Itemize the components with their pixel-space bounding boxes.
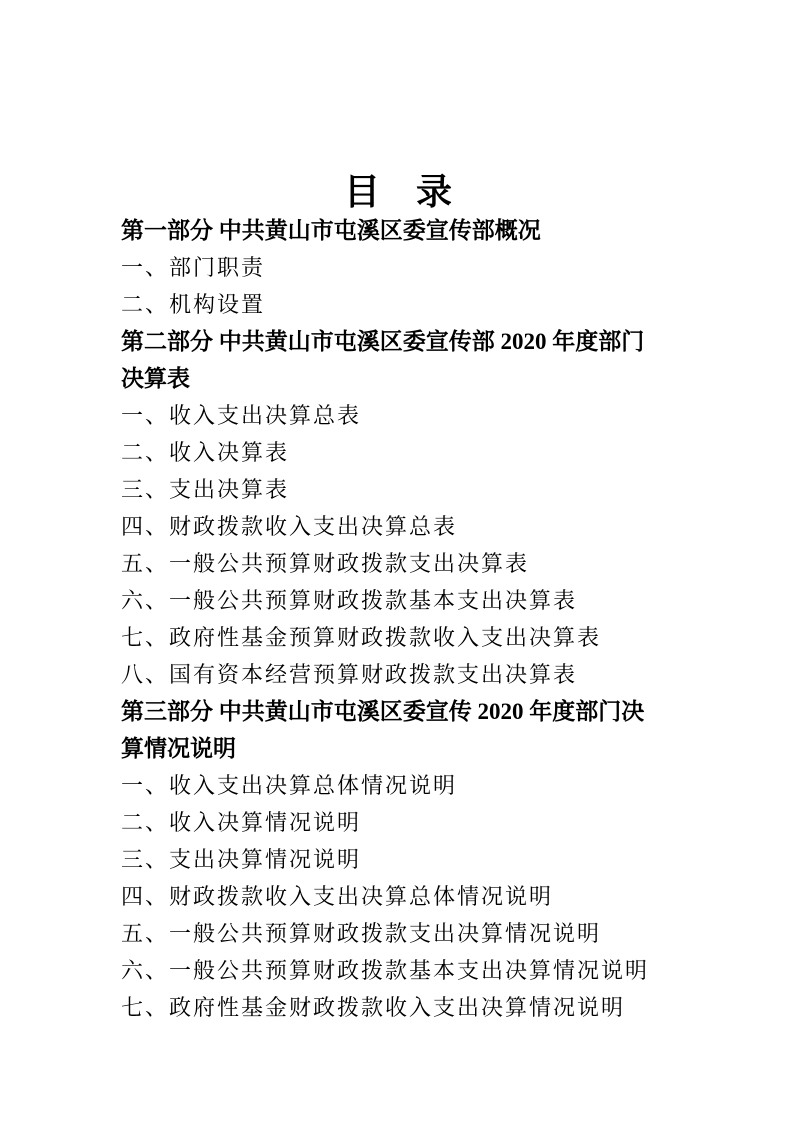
page-title: 目 录	[121, 172, 675, 212]
toc-heading-part3: 第三部分 中共黄山市屯溪区委宣传 2020 年度部门决	[121, 693, 675, 730]
toc-item: 七、政府性基金预算财政拨款收入支出决算表	[121, 619, 675, 656]
toc-heading-part1: 第一部分 中共黄山市屯溪区委宣传部概况	[121, 212, 675, 249]
toc-item: 一、收入支出决算总表	[121, 397, 675, 434]
toc-item: 一、部门职责	[121, 249, 675, 286]
toc-item: 六、一般公共预算财政拨款基本支出决算表	[121, 582, 675, 619]
toc-item: 二、机构设置	[121, 286, 675, 323]
toc-item: 三、支出决算情况说明	[121, 841, 675, 878]
document-page: 目 录 第一部分 中共黄山市屯溪区委宣传部概况 一、部门职责 二、机构设置 第二…	[0, 0, 793, 1122]
toc-heading-part3-wrap: 算情况说明	[121, 730, 675, 767]
table-of-contents: 第一部分 中共黄山市屯溪区委宣传部概况 一、部门职责 二、机构设置 第二部分 中…	[121, 212, 675, 1026]
toc-item: 二、收入决算表	[121, 434, 675, 471]
toc-item: 四、财政拨款收入支出决算总体情况说明	[121, 878, 675, 915]
toc-item: 四、财政拨款收入支出决算总表	[121, 508, 675, 545]
toc-item: 七、政府性基金财政拨款收入支出决算情况说明	[121, 989, 675, 1026]
toc-item: 二、收入决算情况说明	[121, 804, 675, 841]
toc-item: 五、一般公共预算财政拨款支出决算情况说明	[121, 915, 675, 952]
toc-item: 一、收入支出决算总体情况说明	[121, 767, 675, 804]
toc-item: 五、一般公共预算财政拨款支出决算表	[121, 545, 675, 582]
toc-heading-part2: 第二部分 中共黄山市屯溪区委宣传部 2020 年度部门	[121, 323, 675, 360]
toc-item: 六、一般公共预算财政拨款基本支出决算情况说明	[121, 952, 675, 989]
toc-item: 三、支出决算表	[121, 471, 675, 508]
toc-heading-part2-wrap: 决算表	[121, 360, 675, 397]
toc-item: 八、国有资本经营预算财政拨款支出决算表	[121, 656, 675, 693]
